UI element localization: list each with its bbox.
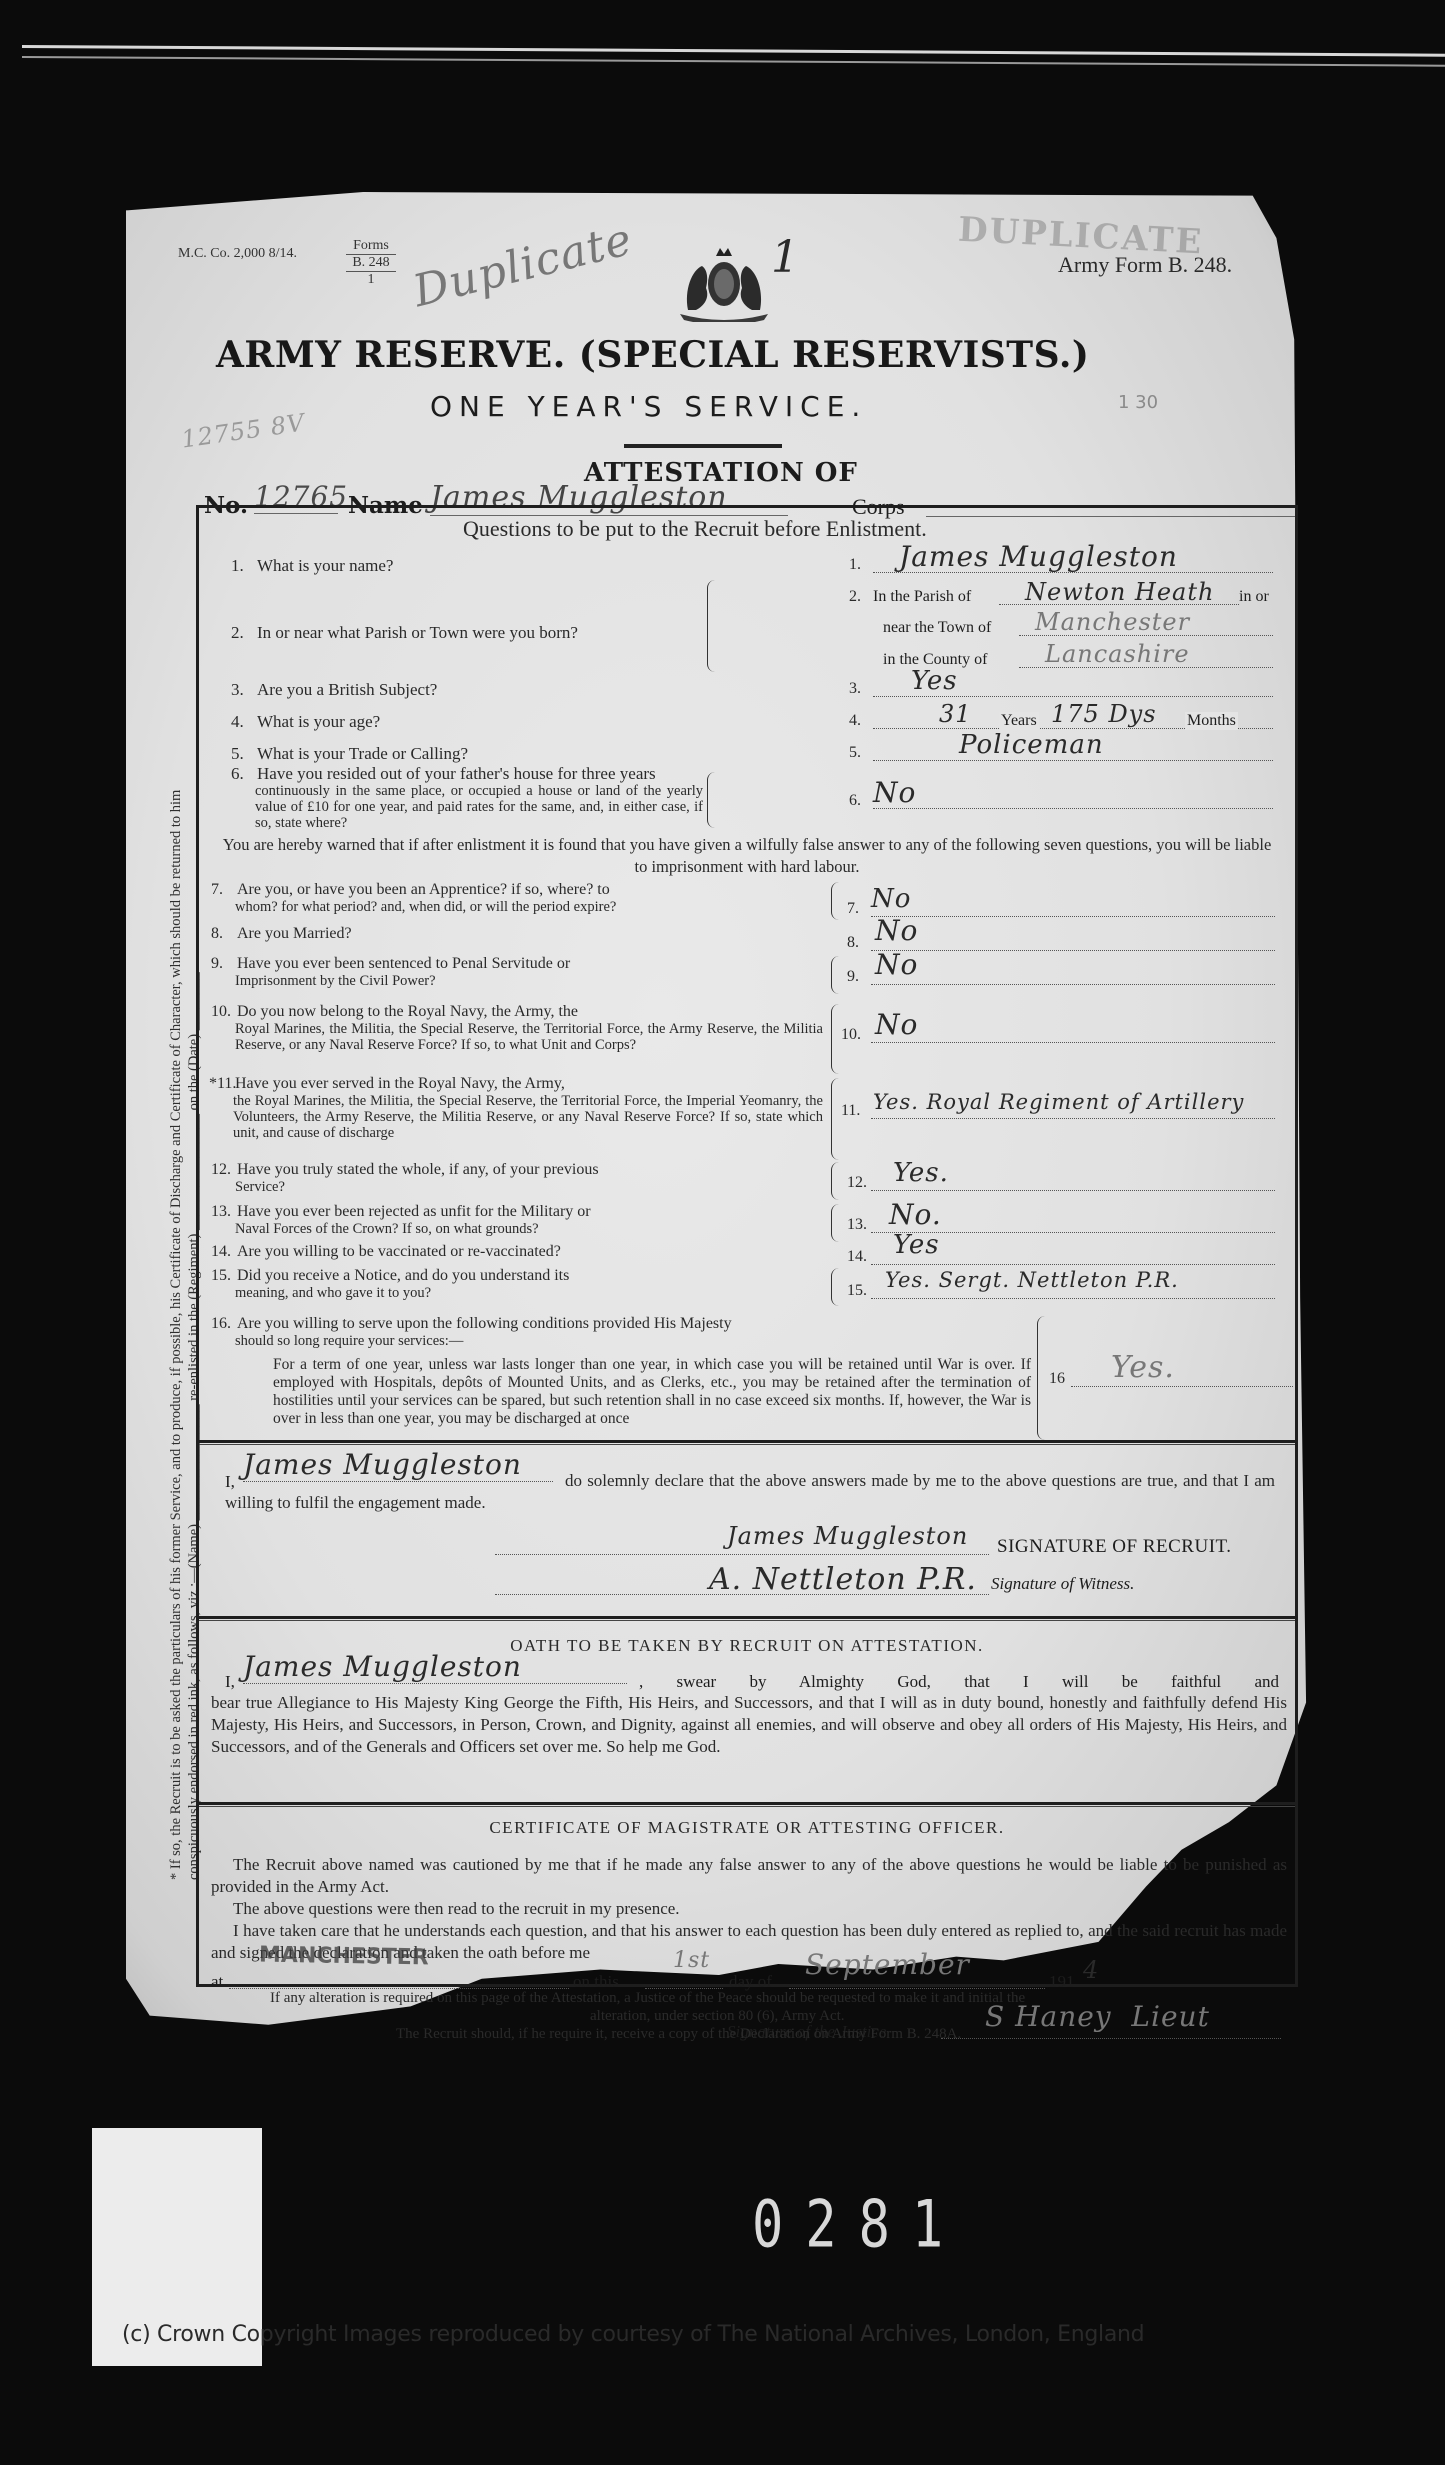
- answer-11[interactable]: Yes. Royal Regiment of Artillery: [873, 1090, 1244, 1114]
- brace-q10: [831, 1004, 841, 1074]
- answer-1-name[interactable]: James Muggleston: [899, 540, 1178, 573]
- questions-header: Questions to be put to the Recruit befor…: [463, 516, 927, 542]
- questions-form-box: Questions to be put to the Recruit befor…: [196, 505, 1298, 1987]
- brace-q12: [831, 1162, 841, 1200]
- place-line: [229, 1988, 569, 1989]
- film-edge-line: [22, 45, 1445, 57]
- answer-16[interactable]: Yes.: [1111, 1350, 1175, 1385]
- at-label: at: [211, 1972, 223, 1992]
- answer-1-number: 1.: [849, 556, 861, 574]
- answer-16-number: 16: [1049, 1370, 1065, 1388]
- printer-code: M.C. Co. 2,000 8/14.: [178, 246, 297, 262]
- oath-name-field[interactable]: James Muggleston: [243, 1650, 627, 1684]
- answer-15-number: 15.: [847, 1282, 867, 1300]
- footer-note-line1: If any alteration is required on this pa…: [270, 1990, 1025, 2007]
- answer-13-number: 13.: [847, 1216, 867, 1234]
- answer-10-number: 10.: [841, 1026, 861, 1044]
- question-1: 1.What is your name?: [231, 556, 703, 575]
- oath-prefix: I,: [225, 1672, 235, 1692]
- answer-14-line: [871, 1264, 1275, 1265]
- answer-15[interactable]: Yes. Sergt. Nettleton P.R.: [885, 1268, 1179, 1292]
- declaration-text: do solemnly declare that the above answe…: [225, 1470, 1275, 1514]
- forms-number: B. 248: [346, 254, 396, 272]
- answer-2-town[interactable]: Manchester: [1035, 608, 1190, 636]
- question-13: 13.Have you ever been rejected as unfit …: [211, 1202, 823, 1237]
- answer-9-line: [871, 984, 1275, 985]
- brace-q7: [831, 882, 841, 920]
- answer-2-parish-label: In the Parish of: [873, 588, 971, 606]
- answer-11-number: 11.: [841, 1102, 860, 1120]
- margin-note-line1: * If so, the Recruit is to be asked the …: [168, 790, 185, 1880]
- answer-8[interactable]: No: [875, 914, 918, 947]
- answer-3-line: [873, 696, 1273, 697]
- certificate-para-2: The above questions were then read to th…: [233, 1898, 1287, 1920]
- question-4: 4.What is your age?: [231, 712, 703, 731]
- answer-12-line: [871, 1190, 1275, 1191]
- year-suffix-field[interactable]: 4: [1083, 1956, 1099, 1984]
- year-prefix: 191: [1049, 1972, 1075, 1992]
- answer-13[interactable]: No.: [889, 1198, 942, 1231]
- months-label: Months: [1185, 712, 1238, 730]
- month-field[interactable]: September: [805, 1948, 970, 1981]
- oath-text-start: , swear by Almighty God, that I will be …: [639, 1672, 1279, 1692]
- forms-sub: 1: [346, 272, 396, 288]
- answer-4-days[interactable]: 175 Dys: [1051, 700, 1157, 728]
- on-this-label: on this: [573, 1972, 619, 1992]
- question-10: 10.Do you now belong to the Royal Navy, …: [211, 1002, 823, 1053]
- title-rule: [624, 444, 782, 448]
- forms-label: Forms: [346, 238, 396, 254]
- certificate-para-1: The Recruit above named was cautioned by…: [211, 1854, 1287, 1898]
- answer-12[interactable]: Yes.: [893, 1158, 949, 1188]
- question-7: 7.Are you, or have you been an Apprentic…: [211, 880, 823, 915]
- answer-9-number: 9.: [847, 968, 859, 986]
- answer-2-parish[interactable]: Newton Heath: [1025, 578, 1214, 606]
- forms-reference: Forms B. 248 1: [346, 238, 396, 288]
- handwritten-page-mark: 1: [771, 232, 800, 283]
- question-9: 9.Have you ever been sentenced to Penal …: [211, 954, 823, 989]
- witness-signature-line: [495, 1594, 989, 1595]
- margin-pencil-note: 12755 8V: [180, 408, 307, 453]
- answer-7-number: 7.: [847, 900, 859, 918]
- recruit-signature-line: [495, 1554, 989, 1555]
- answer-4-years[interactable]: 31: [939, 700, 972, 728]
- film-edge-line-secondary: [22, 56, 1445, 67]
- day-of-label: day of: [729, 1972, 772, 1992]
- day-field[interactable]: 1st: [673, 1948, 710, 1973]
- answer-7[interactable]: No: [871, 884, 911, 914]
- answer-2-town-label: near the Town of: [883, 619, 991, 637]
- question-6: 6.Have you resided out of your father's …: [231, 764, 703, 831]
- answer-8-line: [871, 950, 1275, 951]
- royal-coat-of-arms-icon: [674, 240, 774, 322]
- brace-q6: [707, 772, 717, 828]
- recruit-signature-label: SIGNATURE OF RECRUIT.: [997, 1536, 1231, 1558]
- justice-signature-line: [941, 2038, 1281, 2039]
- question-12: 12.Have you truly stated the whole, if a…: [211, 1160, 823, 1195]
- place-stamp-field[interactable]: MANCHESTER: [259, 1943, 429, 1971]
- answer-10[interactable]: No: [875, 1008, 918, 1041]
- question-16: 16.Are you willing to serve upon the fol…: [211, 1314, 1031, 1349]
- answer-6-number: 6.: [849, 792, 861, 810]
- question-16-conditions: For a term of one year, unless war lasts…: [273, 1356, 1031, 1428]
- answer-2-in-or: in or: [1239, 588, 1269, 606]
- answer-4-number: 4.: [849, 712, 861, 730]
- question-5: 5.What is your Trade or Calling?: [231, 744, 703, 763]
- answer-14-number: 14.: [847, 1248, 867, 1266]
- false-answer-warning: You are hereby warned that if after enli…: [217, 834, 1277, 878]
- answer-2-number: 2.: [849, 588, 861, 606]
- answer-7-line: [871, 916, 1275, 917]
- section-divider: [199, 1802, 1295, 1807]
- answer-12-number: 12.: [847, 1174, 867, 1192]
- question-14: 14.Are you willing to be vaccinated or r…: [211, 1242, 823, 1261]
- question-3: 3.Are you a British Subject?: [231, 680, 703, 699]
- frame-counter: 0281: [752, 2188, 965, 2263]
- answer-15-line: [871, 1298, 1275, 1299]
- section-divider: [199, 1616, 1295, 1621]
- years-label: Years: [999, 712, 1039, 730]
- form-title: ARMY RESERVE. (SPECIAL RESERVISTS.): [216, 334, 1089, 376]
- question-15: 15.Did you receive a Notice, and do you …: [211, 1266, 823, 1301]
- answer-6-line: [873, 808, 1273, 809]
- answer-5-line: [873, 760, 1273, 761]
- witness-signature-label: Signature of Witness.: [991, 1574, 1134, 1594]
- question-8: 8.Are you Married?: [211, 924, 823, 943]
- answer-3-number: 3.: [849, 680, 861, 698]
- footer-note-line3: The Recruit should, if he require it, re…: [396, 2026, 961, 2043]
- oath-text: bear true Allegiance to His Majesty King…: [211, 1692, 1287, 1758]
- answer-2-county[interactable]: Lancashire: [1045, 640, 1190, 668]
- faint-number-stamp: 1 30: [1118, 392, 1158, 413]
- army-form-number: Army Form B. 248.: [1058, 252, 1232, 278]
- question-2: 2.In or near what Parish or Town were yo…: [231, 623, 703, 642]
- answer-9[interactable]: No: [875, 948, 918, 981]
- answer-16-line: [1071, 1386, 1293, 1387]
- brace-q16: [1037, 1316, 1047, 1440]
- handwritten-duplicate: Duplicate: [408, 214, 637, 318]
- brace-q11: [831, 1078, 841, 1160]
- brace-q2: [707, 580, 717, 672]
- answer-11-line: [871, 1118, 1275, 1119]
- witness-signature[interactable]: A. Nettleton P.R.: [709, 1562, 977, 1597]
- answer-8-number: 8.: [847, 934, 859, 952]
- brace-q15: [831, 1268, 841, 1306]
- answer-10-line: [871, 1042, 1275, 1043]
- question-11: *11.Have you ever served in the Royal Na…: [209, 1074, 823, 1141]
- answer-14[interactable]: Yes: [893, 1230, 940, 1260]
- answer-5[interactable]: Policeman: [959, 730, 1104, 760]
- answer-6[interactable]: No: [873, 776, 916, 809]
- answer-5-number: 5.: [849, 744, 861, 762]
- certificate-title: CERTIFICATE OF MAGISTRATE OR ATTESTING O…: [199, 1818, 1295, 1838]
- form-subtitle: ONE YEAR'S SERVICE.: [430, 390, 867, 423]
- footer-note-line2: alteration, under section 80 (6), Army A…: [590, 2008, 845, 2025]
- answer-3[interactable]: Yes: [911, 666, 958, 696]
- brace-q13: [831, 1204, 841, 1242]
- day-line: [645, 1988, 723, 1989]
- month-line: [789, 1988, 1045, 1989]
- copyright-notice: (c) Crown Copyright Images reproduced by…: [122, 2322, 1144, 2347]
- recruit-signature[interactable]: James Muggleston: [727, 1522, 968, 1550]
- section-divider: [199, 1440, 1295, 1445]
- brace-q9: [831, 956, 841, 994]
